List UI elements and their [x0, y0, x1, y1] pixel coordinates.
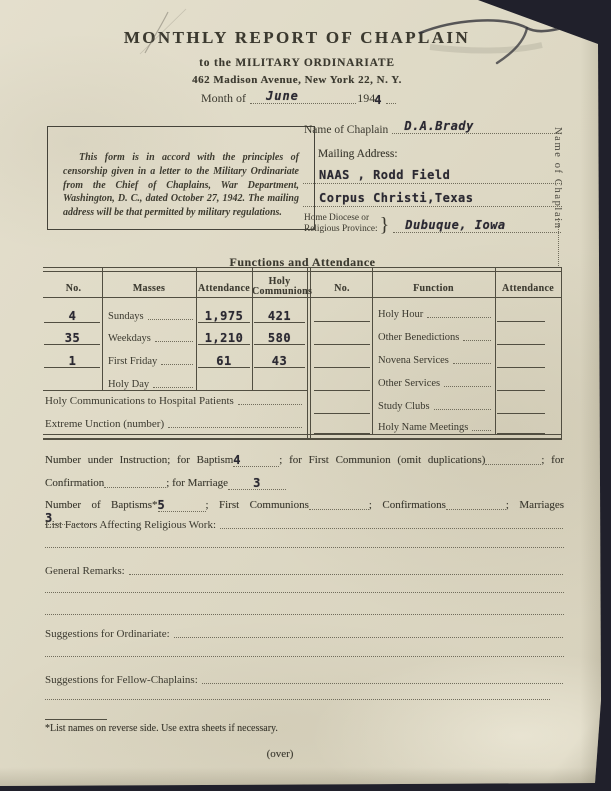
- function-row-label: Holy Hour: [378, 308, 492, 320]
- form-address: 462 Madison Avenue, New York 22, N. Y.: [0, 74, 594, 86]
- fellow-chaplains-label: Suggestions for Fellow-Chaplains:: [45, 674, 198, 686]
- diocese-blank: Dubuque, Iowa: [393, 232, 561, 233]
- marriage-instruction-value: 3: [253, 476, 261, 490]
- footnote-rule: [45, 719, 107, 720]
- cell-underline: [254, 344, 305, 345]
- mailing-address-label: Mailing Address:: [318, 148, 398, 160]
- typed-value: 61: [216, 354, 231, 368]
- cell-underline: [198, 367, 250, 368]
- row-label: Weekdays: [108, 333, 151, 344]
- row-label: First Friday: [108, 356, 157, 367]
- baptisms-blank: 5: [158, 499, 206, 512]
- blank-writing-line: [45, 656, 564, 657]
- header-communions: Communions: [252, 286, 312, 297]
- masses-row-label: Sundays: [108, 310, 194, 322]
- ordinariate-label: Suggestions for Ordinariate:: [45, 628, 170, 640]
- ordinariate-row: Suggestions for Ordinariate:: [45, 627, 564, 640]
- first-communion-instruction-blank: [485, 452, 541, 465]
- header-no-left: No.: [45, 283, 102, 294]
- function-row-label: Novena Services: [378, 354, 492, 366]
- over-label: (over): [0, 748, 560, 760]
- month-line: Month of June 1944: [201, 91, 397, 106]
- footnote-text: *List names on reverse side. Use extra s…: [45, 723, 278, 734]
- typed-value: 1: [69, 354, 77, 368]
- header-function: Function: [372, 283, 495, 294]
- baptism-instruction-value: 4: [233, 453, 241, 467]
- scanned-document-page: { "header": { "title": "MONTHLY REPORT O…: [0, 0, 611, 791]
- instruction-text-2: ; for First Communion (omit duplications…: [279, 454, 485, 466]
- cell-underline: [254, 367, 305, 368]
- baptism-instruction-blank: 4: [233, 454, 279, 467]
- function-row-label: Other Services: [378, 377, 492, 389]
- instruction-line-2: Confirmation; for Marriage3: [45, 475, 564, 490]
- row-label: Holy Communications to Hospital Patients: [45, 395, 234, 407]
- factors-row: List Factors Affecting Religious Work:: [45, 518, 564, 531]
- typed-value: 421: [268, 309, 291, 323]
- first-communions-blank: [309, 497, 369, 510]
- chaplain-name-label: Name of Chaplain: [304, 124, 388, 136]
- censorship-notice-text: This form is in accord with the principl…: [63, 151, 299, 220]
- instruction-text-1: Number under Instruction; for Baptism: [45, 454, 233, 466]
- leader-dots: [427, 317, 491, 318]
- sacraments-text-3: ; Confirmations: [369, 499, 446, 511]
- month-blank: June: [250, 103, 356, 104]
- cell-underline: [497, 367, 545, 368]
- hospital-communications-row: Holy Communications to Hospital Patients: [45, 394, 303, 407]
- sacraments-text-1: Number of Baptisms*: [45, 499, 158, 511]
- leader-dots: [129, 574, 563, 575]
- row-label: Other Benedictions: [378, 332, 459, 343]
- year-typed-digit: 4: [374, 93, 382, 107]
- year-blank-tail: [386, 103, 396, 104]
- cell-underline: [497, 321, 545, 322]
- leader-dots: [434, 409, 491, 410]
- instruction-text-3: ; for: [541, 454, 564, 466]
- masses-row-label: Weekdays: [108, 332, 194, 344]
- confirmations-blank: [446, 497, 506, 510]
- row-label: Extreme Unction (number): [45, 418, 164, 430]
- factors-label: List Factors Affecting Religious Work:: [45, 519, 216, 531]
- mailing-address-line2: Corpus Christi,Texas: [303, 188, 562, 207]
- row-label: Study Clubs: [378, 401, 430, 412]
- typed-value: 580: [268, 331, 291, 345]
- table-header-rule: [43, 297, 562, 298]
- row-label: Holy Hour: [378, 309, 423, 320]
- chaplain-name-row: Name of Chaplain D.A.Brady: [304, 121, 562, 136]
- typed-value: 1,210: [205, 331, 244, 345]
- masses-row-label: First Friday: [108, 355, 194, 367]
- instruction-text-4: Confirmation: [45, 477, 104, 489]
- typed-value: 35: [65, 331, 80, 345]
- cell-underline: [198, 344, 250, 345]
- extreme-unction-row: Extreme Unction (number): [45, 417, 303, 430]
- cell-underline: [314, 413, 370, 414]
- cell-underline: [44, 367, 100, 368]
- leader-dots: [155, 341, 193, 342]
- function-row-label: Other Benedictions: [378, 331, 492, 343]
- row-label: Holy Name Meetings: [378, 422, 468, 433]
- blank-writing-line: [45, 614, 564, 615]
- diocese-label-line2: Religious Province:: [304, 224, 378, 234]
- leader-dots: [444, 386, 491, 387]
- cell-underline: [497, 344, 545, 345]
- mailing-address-line1: NAAS , Rodd Field: [303, 165, 562, 184]
- remarks-label: General Remarks:: [45, 565, 125, 577]
- header-no-right: No.: [312, 283, 372, 294]
- typed-value: 43: [272, 354, 287, 368]
- row-label: Sundays: [108, 311, 144, 322]
- month-value: June: [266, 90, 299, 103]
- table-bottom-rule-2: [43, 438, 562, 440]
- form-title: MONTHLY REPORT OF CHAPLAIN: [0, 28, 594, 48]
- fellow-chaplains-row: Suggestions for Fellow-Chaplains:: [45, 673, 564, 686]
- cell-underline: [44, 322, 100, 323]
- header-attendance-left: Attendance: [196, 283, 252, 294]
- row-label: Novena Services: [378, 355, 449, 366]
- function-row-label: Holy Name Meetings: [378, 421, 492, 433]
- chaplain-name-blank: D.A.Brady: [392, 133, 561, 134]
- brace-glyph: }: [380, 215, 390, 235]
- left-table-bottom-line: [43, 390, 307, 391]
- diocese-value: Dubuque, Iowa: [405, 219, 505, 232]
- cell-underline: [314, 321, 370, 322]
- diocese-label: Home Diocese or Religious Province:: [304, 213, 378, 235]
- typed-value: 1,975: [205, 309, 244, 323]
- cell-underline: [44, 344, 100, 345]
- marriage-instruction-blank: 3: [228, 477, 286, 490]
- leader-dots: [174, 637, 563, 638]
- cell-underline: [497, 390, 545, 391]
- mailing-address-value1: NAAS , Rodd Field: [319, 168, 450, 182]
- leader-dots: [148, 319, 193, 320]
- blank-writing-line: [45, 592, 564, 593]
- row-label: Holy Day: [108, 379, 149, 390]
- leader-dots: [238, 404, 302, 405]
- chaplain-name-value: D.A.Brady: [404, 120, 474, 133]
- cell-underline: [497, 433, 545, 434]
- baptisms-value: 5: [158, 498, 166, 512]
- table-right-edge: [561, 267, 562, 439]
- table-top-rule-1: [43, 267, 562, 268]
- header-attendance-right: Attendance: [495, 283, 561, 294]
- year-prefix: 194: [357, 91, 375, 106]
- leader-dots: [202, 683, 563, 684]
- month-label: Month of: [201, 91, 246, 106]
- sacraments-text-4: ; Marriages: [506, 499, 564, 511]
- cell-underline: [198, 322, 250, 323]
- diocese-row: Home Diocese or Religious Province: } Du…: [304, 212, 562, 235]
- cell-underline: [254, 322, 305, 323]
- leader-dots: [472, 430, 491, 431]
- instruction-line-1: Number under Instruction; for Baptism4; …: [45, 452, 564, 467]
- censorship-notice-box: This form is in accord with the principl…: [47, 126, 315, 230]
- paper-sheet: MONTHLY REPORT OF CHAPLAIN to the MILITA…: [0, 0, 611, 791]
- function-row-label: Study Clubs: [378, 400, 492, 412]
- sacraments-text-2: ; First Communions: [206, 499, 309, 511]
- form-subtitle: to the MILITARY ORDINARIATE: [0, 57, 594, 69]
- leader-dots: [168, 427, 302, 428]
- header-masses: Masses: [102, 283, 196, 294]
- cell-underline: [314, 433, 370, 434]
- remarks-row: General Remarks:: [45, 564, 564, 577]
- leader-dots: [220, 528, 563, 529]
- leader-dots: [161, 364, 193, 365]
- table-bottom-rule-1: [43, 434, 562, 435]
- leader-dots: [463, 340, 491, 341]
- header-holy-communions: Holy Communions: [252, 277, 307, 297]
- leader-dots: [453, 363, 491, 364]
- cell-underline: [497, 413, 545, 414]
- typed-value: 4: [69, 309, 77, 323]
- instruction-text-5: ; for Marriage: [166, 477, 228, 489]
- mailing-address-value2: Corpus Christi,Texas: [319, 191, 474, 205]
- table-top-rule-2: [43, 271, 562, 272]
- leader-dots: [153, 387, 193, 388]
- cell-underline: [314, 344, 370, 345]
- confirmation-instruction-blank: [104, 475, 166, 488]
- blank-writing-line: [45, 547, 564, 548]
- blank-writing-line: [45, 699, 550, 700]
- cell-underline: [314, 390, 370, 391]
- side-name-of-chaplain-label: Name of Chaplain: [552, 127, 563, 230]
- diocese-label-line1: Home Diocese or: [304, 213, 369, 223]
- cell-underline: [314, 367, 370, 368]
- masses-row-label: Holy Day: [108, 378, 194, 390]
- row-label: Other Services: [378, 378, 440, 389]
